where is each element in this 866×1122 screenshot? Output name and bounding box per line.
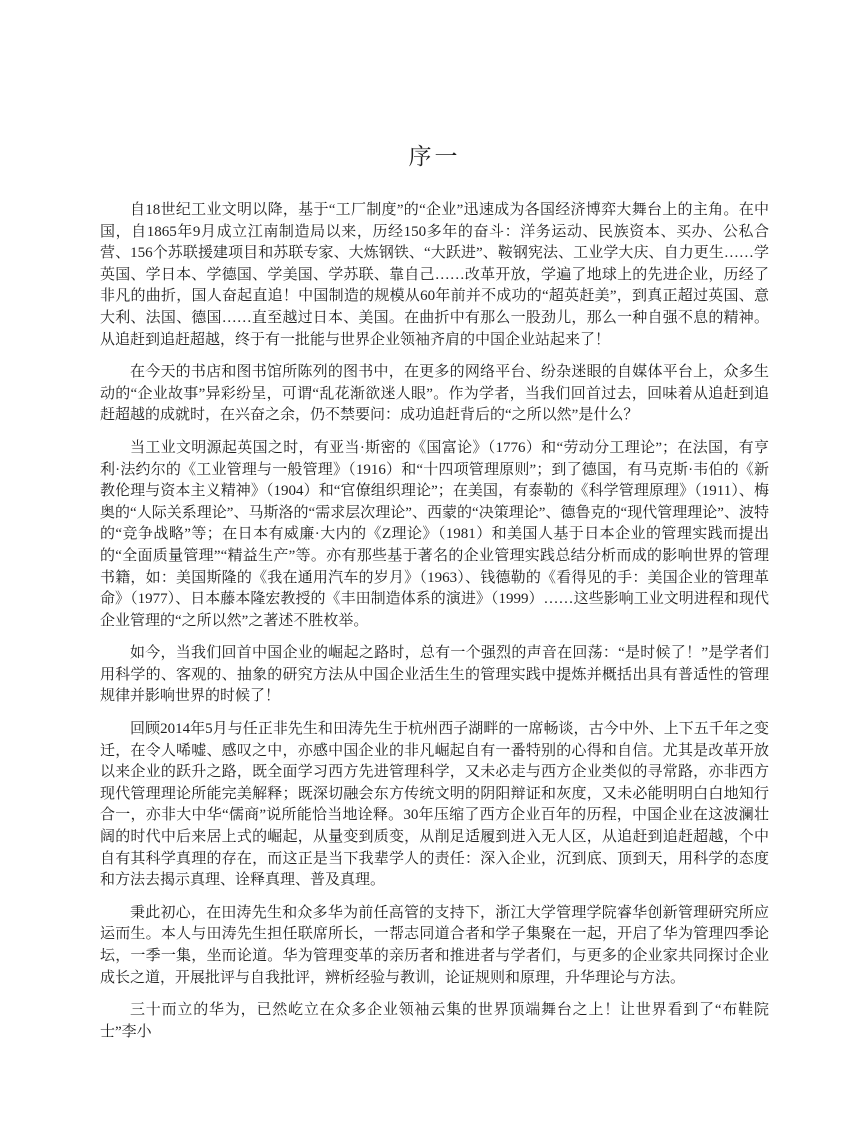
page-title: 序一 (100, 142, 769, 172)
paragraph-4: 如今，当我们回首中国企业的崛起之路时，总有一个强烈的声音在回荡：“是时候了！”是… (100, 643, 769, 708)
paragraph-6: 秉此初心，在田涛先生和众多华为前任高管的支持下，浙江大学管理学院睿华创新管理研究… (100, 903, 769, 989)
paragraph-7: 三十而立的华为，已然屹立在众多企业领袖云集的世界顶端舞台之上！让世界看到了“布鞋… (100, 1000, 769, 1043)
paragraph-5: 回顾2014年5月与任正非先生和田涛先生于杭州西子湖畔的一席畅谈，古今中外、上下… (100, 719, 769, 892)
document-content: 序一 自18世纪工业文明以降，基于“工厂制度”的“企业”迅速成为各国经济博弈大舞… (0, 0, 866, 1043)
paragraph-3: 当工业文明源起英国之时，有亚当·斯密的《国富论》（1776）和“劳动分工理论”；… (100, 438, 769, 632)
document-page: 序一 自18世纪工业文明以降，基于“工厂制度”的“企业”迅速成为各国经济博弈大舞… (0, 0, 866, 1122)
paragraph-2: 在今天的书店和图书馆所陈列的图书中，在更多的网络平台、纷杂迷眼的自媒体平台上，众… (100, 362, 769, 427)
paragraph-1: 自18世纪工业文明以降，基于“工厂制度”的“企业”迅速成为各国经济博弈大舞台上的… (100, 200, 769, 351)
